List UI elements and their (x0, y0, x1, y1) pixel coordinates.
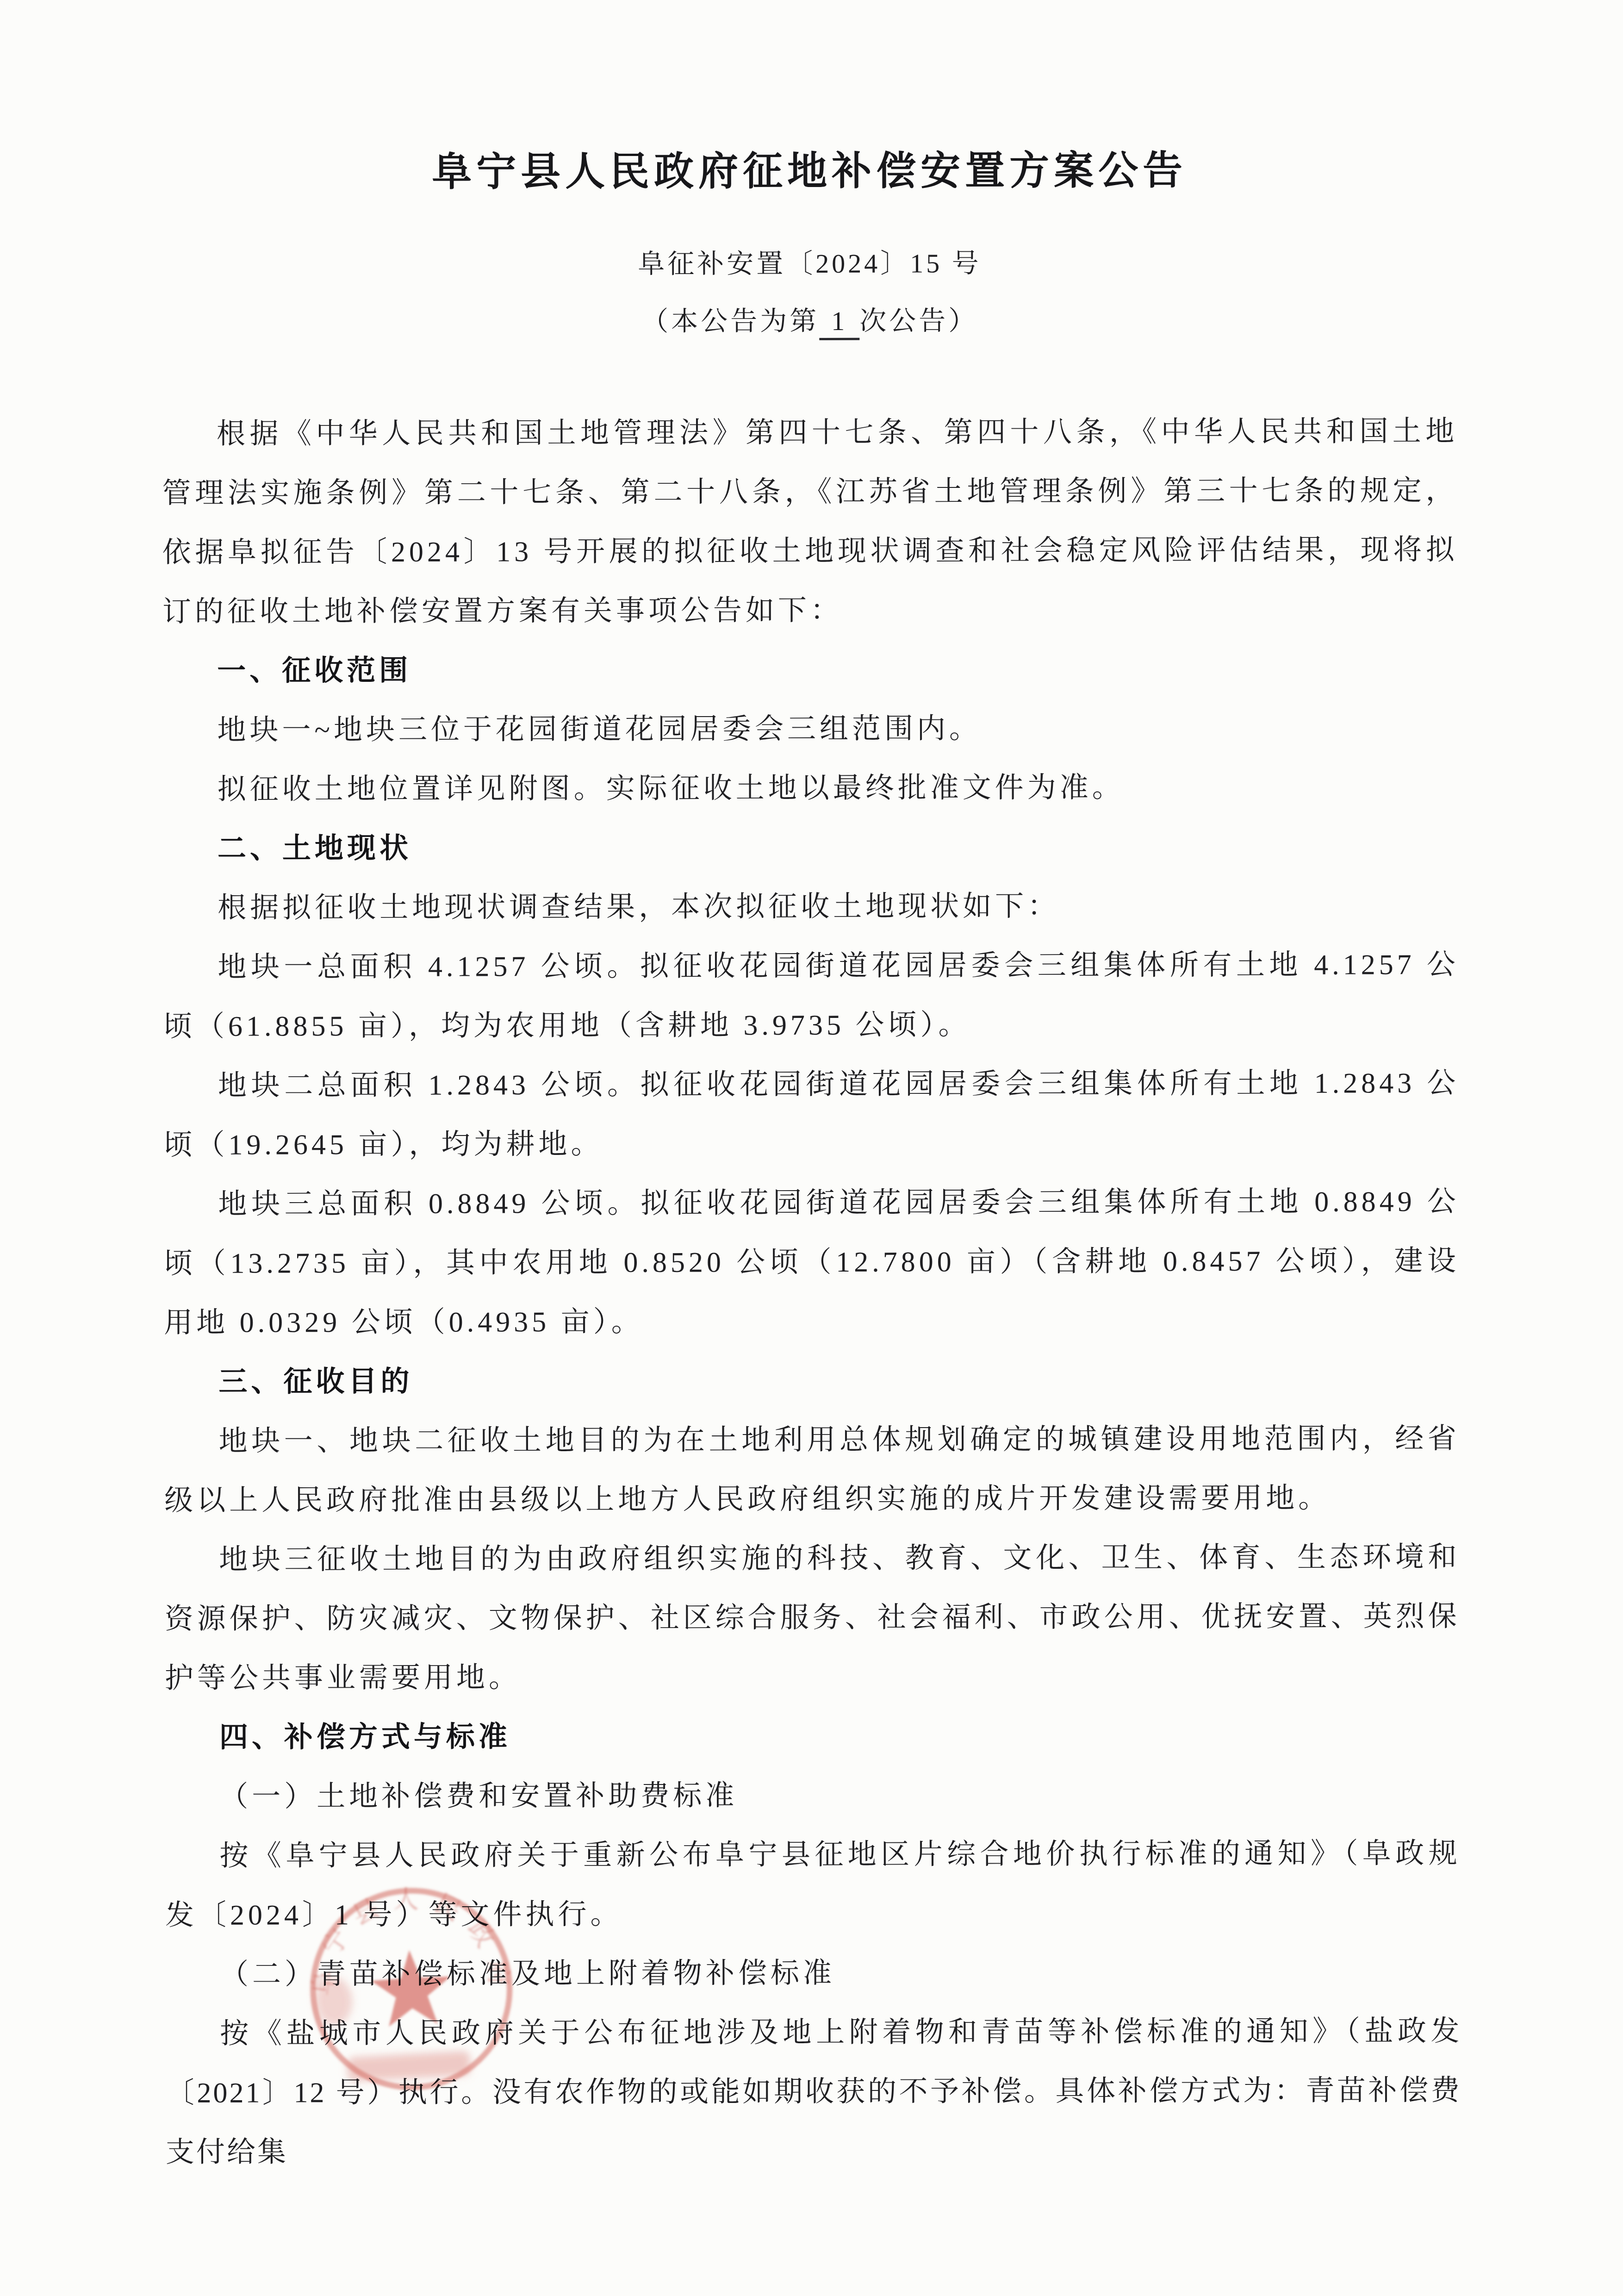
paragraph-scope-map: 拟征收土地位置详见附图。实际征收土地以最终批准文件为准。 (163, 757, 1459, 819)
paragraph-sub-2-title: （二）青苗补偿标准及地上附着物补偿标准 (165, 1942, 1461, 2004)
section-heading-2: 二、土地现状 (163, 817, 1459, 879)
paragraph-purpose-3: 地块三征收土地目的为由政府组织实施的科技、教育、文化、卫生、体育、生态环境和资源… (164, 1528, 1461, 1708)
document-number: 阜征补安置〔2024〕15 号 (0, 245, 1621, 282)
paragraph-parcel-3: 地块三总面积 0.8849 公顷。拟征收花园街道花园居委会三组集体所有土地 0.… (164, 1172, 1460, 1353)
document-sheet: 阜宁县人民政府征地补偿安置方案公告 阜征补安置〔2024〕15 号 （本公告为第… (0, 0, 1623, 2296)
section-heading-1: 一、征收范围 (162, 639, 1458, 701)
paragraph-scope-location: 地块一~地块三位于花园街道花园居委会三组范围内。 (162, 698, 1458, 760)
notice-count-prefix: （本公告为第 (641, 306, 819, 337)
paragraph-legal-basis: 根据《中华人民共和国土地管理法》第四十七条、第四十八条，《中华人民共和国土地管理… (162, 402, 1458, 642)
paragraph-purpose-1-2: 地块一、地块二征收土地目的为在土地利用总体规划确定的城镇建设用地范围内，经省级以… (164, 1409, 1461, 1530)
paragraph-sub-2-body: 按《盐城市人民政府关于公布征地涉及地上附着物和青苗等补偿标准的通知》（盐政发〔2… (165, 2002, 1461, 2182)
notice-count-number-underlined: 1 (819, 305, 859, 340)
section-heading-4: 四、补偿方式与标准 (165, 1705, 1461, 1767)
notice-count-line: （本公告为第1次公告） (0, 303, 1621, 342)
paragraph-parcel-2: 地块二总面积 1.2843 公顷。拟征收花园街道花园居委会三组集体所有土地 1.… (163, 1054, 1460, 1175)
document-title: 阜宁县人民政府征地补偿安置方案公告 (0, 0, 1621, 197)
paragraph-parcel-1: 地块一总面积 4.1257 公顷。拟征收花园街道花园居委会三组集体所有土地 4.… (163, 935, 1460, 1056)
paragraph-sub-1-title: （一）土地补偿费和安置补助费标准 (165, 1765, 1461, 1827)
scanned-document-page: 阜宁县人民政府征地补偿安置方案公告 阜征补安置〔2024〕15 号 （本公告为第… (0, 0, 1623, 2296)
document-body: 根据《中华人民共和国土地管理法》第四十七条、第四十八条，《中华人民共和国土地管理… (162, 402, 1461, 2182)
notice-count-suffix: 次公告） (859, 306, 978, 336)
paragraph-status-intro: 根据拟征收土地现状调查结果，本次拟征收土地现状如下： (163, 876, 1459, 938)
section-heading-3: 三、征收目的 (164, 1350, 1460, 1412)
paragraph-sub-1-body: 按《阜宁县人民政府关于重新公布阜宁县征地区片综合地价执行标准的通知》（阜政规发〔… (165, 1824, 1461, 1945)
